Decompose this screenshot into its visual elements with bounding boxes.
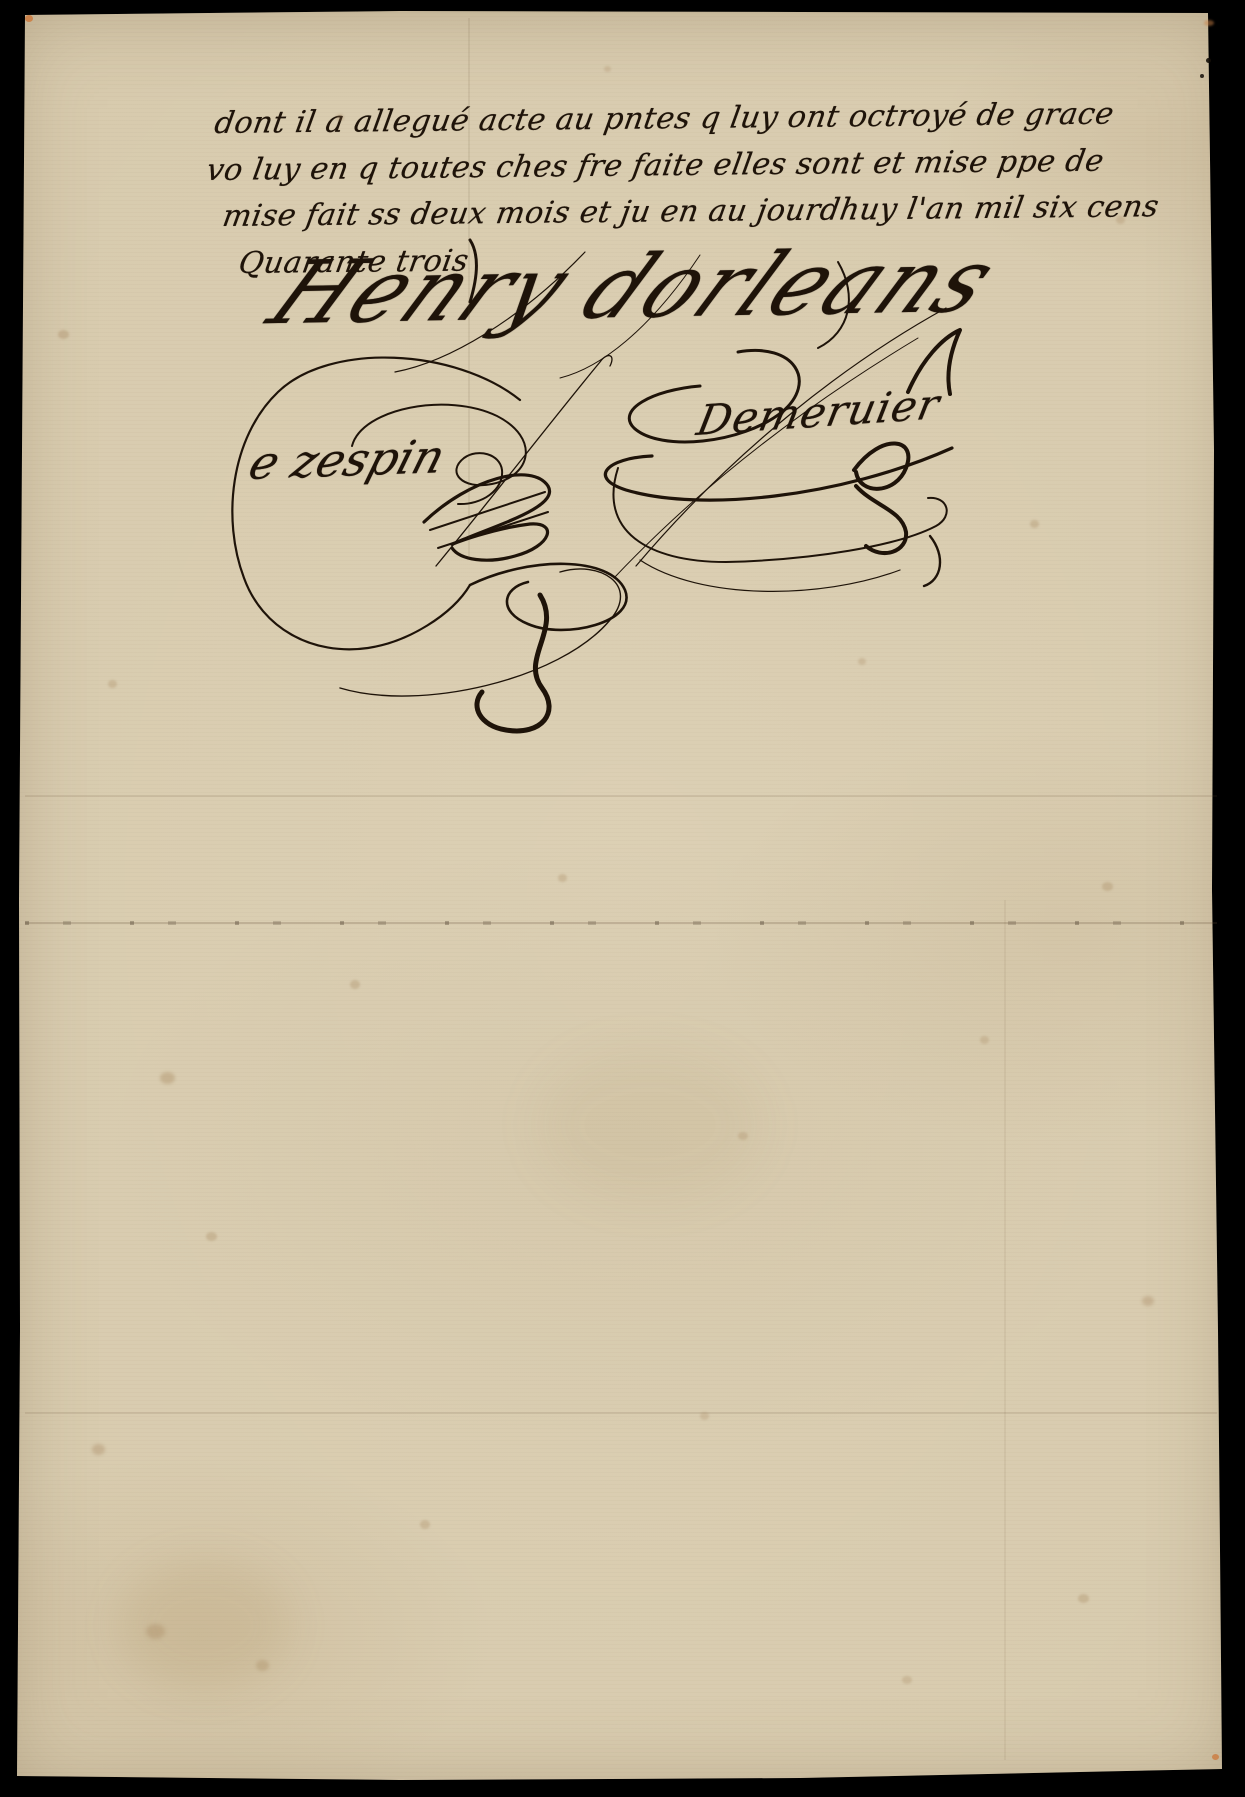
signature-crespin: e zespin [243, 429, 451, 490]
photo-background: dont il a allegué acte au pntes q luy on… [0, 0, 1245, 1797]
signature-henry-dorleans: Henry dorleans [252, 230, 1018, 344]
